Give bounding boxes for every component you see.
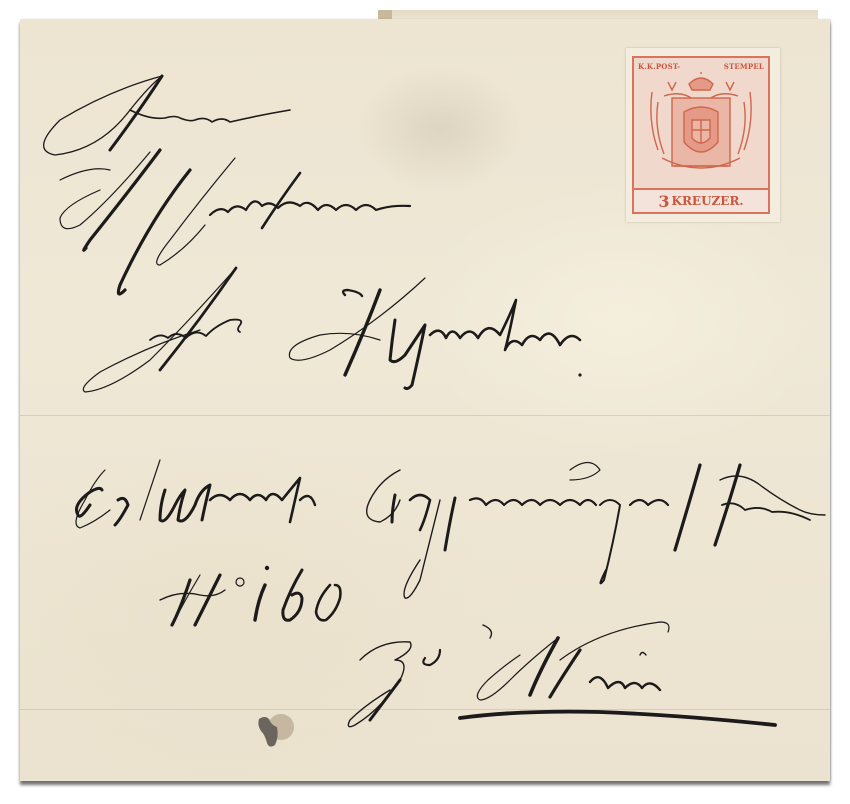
stamp-header-left: K.K.POST- (638, 62, 680, 71)
fold-line (20, 709, 830, 710)
fold-line (20, 415, 830, 416)
flap-stain (378, 10, 392, 19)
double-eagle-crest-icon (644, 72, 758, 184)
stamp-value: 3 KREUZER. (634, 188, 768, 212)
ink-stain-icon (255, 713, 297, 751)
stamp-value-number: 3 (658, 192, 669, 211)
stamp-header: K.K.POST- STEMPEL (634, 62, 768, 71)
stamp-header-right: STEMPEL (724, 62, 764, 71)
stamp-frame: K.K.POST- STEMPEL (632, 56, 770, 214)
postage-stamp: K.K.POST- STEMPEL (626, 48, 780, 222)
stamp-value-text: KREUZER. (672, 194, 744, 208)
